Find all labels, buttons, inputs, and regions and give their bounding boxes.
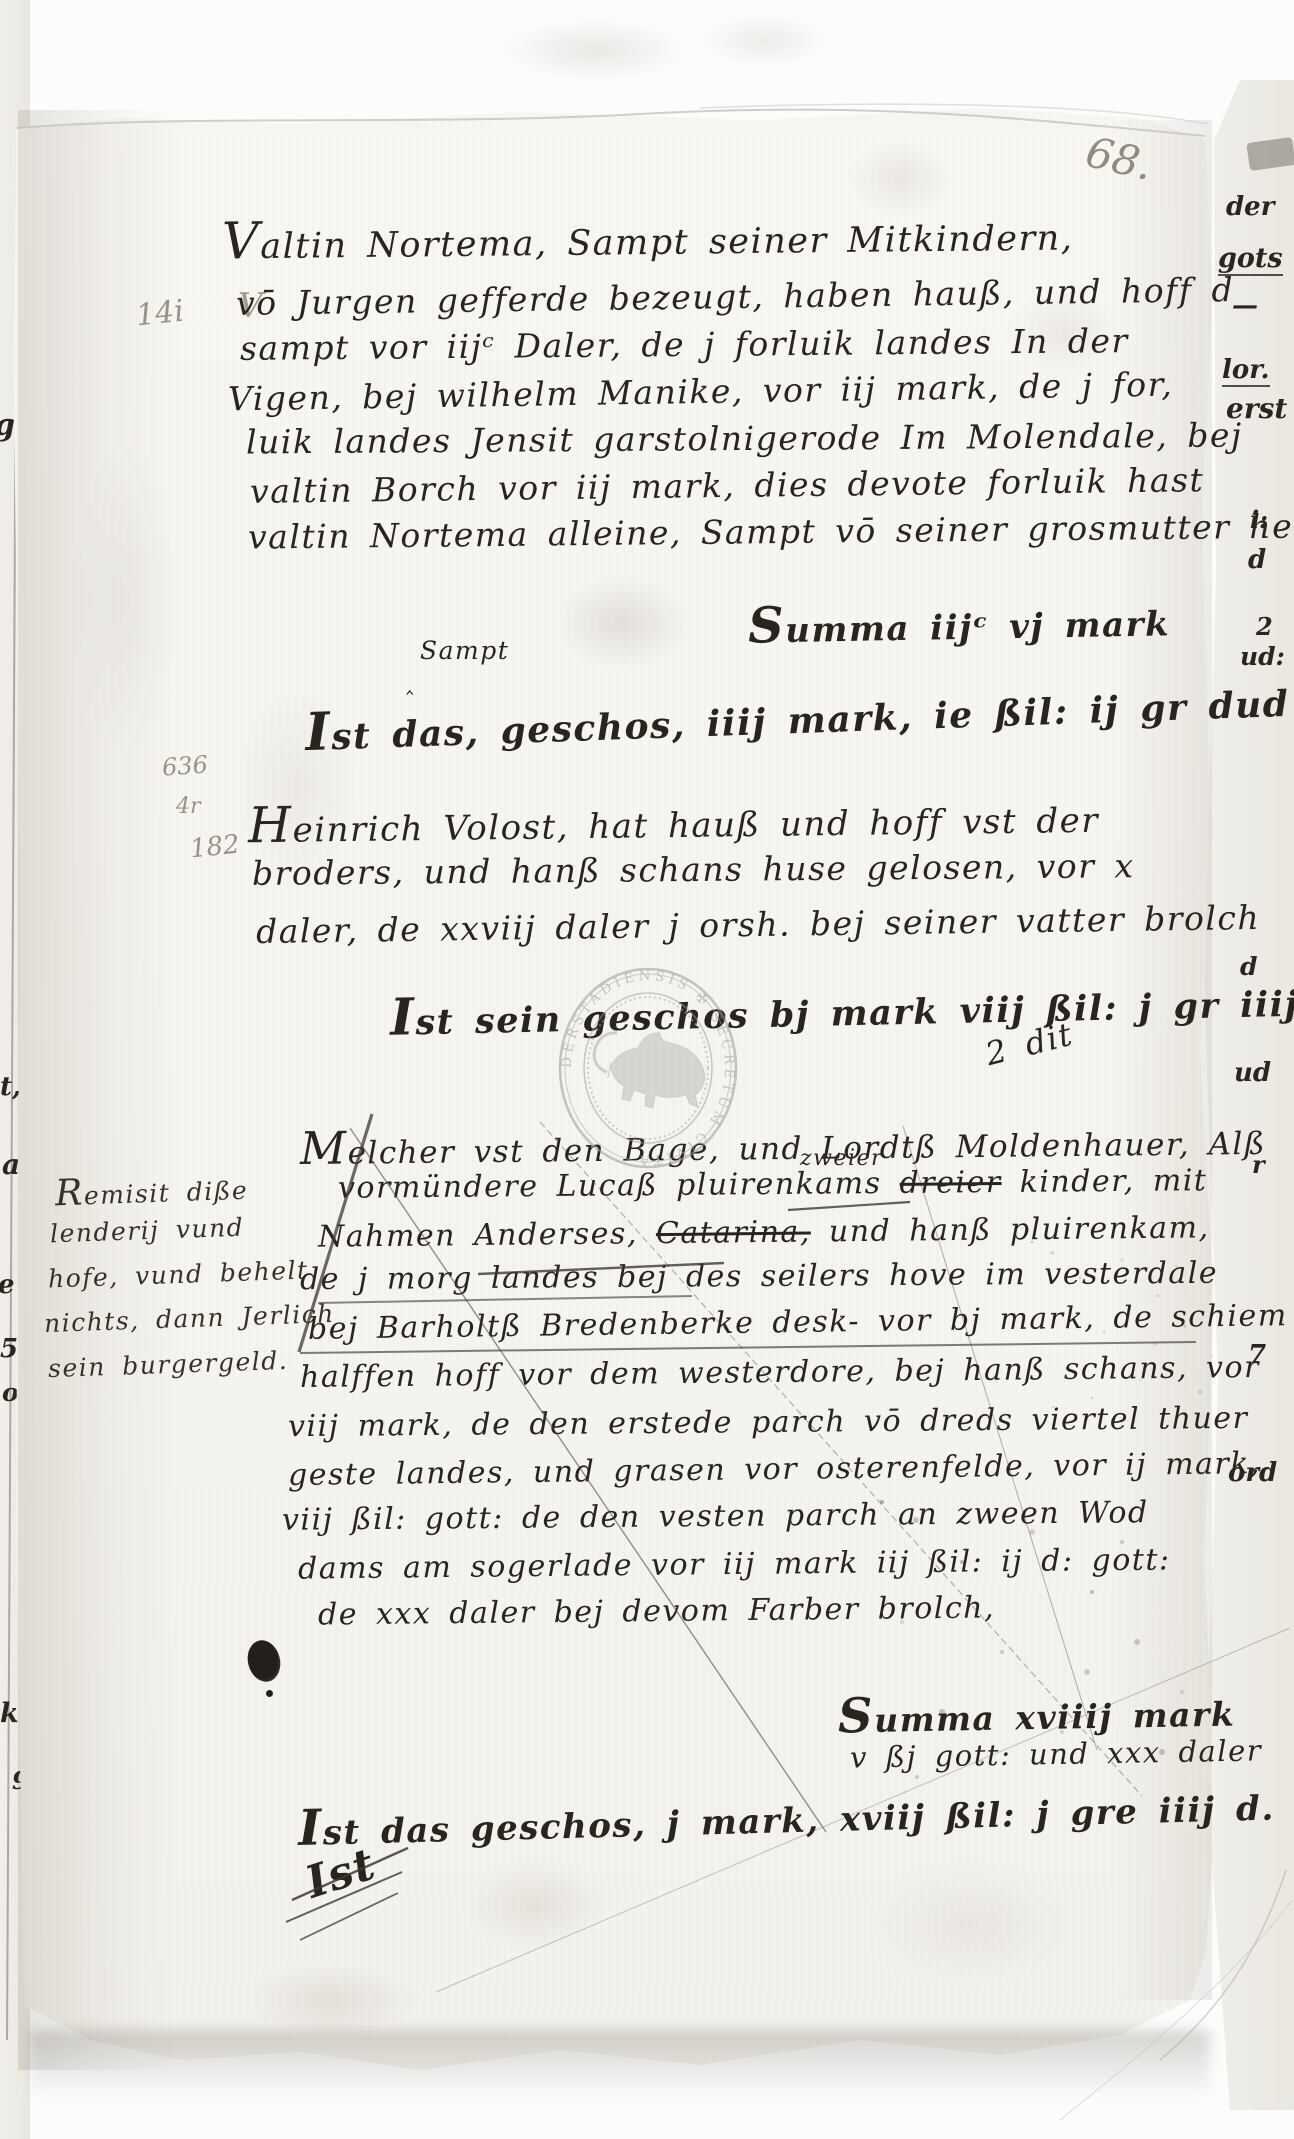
manuscript-scan: gt t, ap e 5, og k 9 68. 14i V 636 4r 18… (0, 0, 1294, 2139)
stain (500, 18, 690, 82)
entry3-line2-pre: vormündere Lucaß pluirenkams (338, 1166, 900, 1206)
right-edge-fragment: erst (1226, 392, 1287, 425)
entry3-line: viij mark, de den erstede parch vō dreds… (288, 1404, 1249, 1442)
entry2-line: broders, und hanß schans huse gelosen, v… (252, 849, 1135, 890)
right-edge-fragment: i: (1250, 505, 1268, 534)
right-edge-fragment: r (1252, 1150, 1265, 1179)
pencil-mark: 182 (189, 829, 242, 864)
entry3-line: dams am sogerlade vor iij mark iij ßil: … (298, 1545, 1171, 1584)
entry3-line: de j morg landes bej des seilers hove im… (300, 1259, 1218, 1295)
left-edge-fragment: t, (0, 1072, 21, 1102)
right-edge-fragment: — (1232, 291, 1258, 321)
right-edge-fragment: gots (1218, 243, 1283, 276)
right-edge-fragment: ud (1234, 1058, 1271, 1088)
entry3-summa-line2: v ßj gott: und xxx daler (850, 1736, 1263, 1772)
margin-note-line: lenderij vund (50, 1215, 245, 1247)
entry3-line2-post: kinder, mit (1001, 1163, 1207, 1200)
right-edge-fragment: lor. (1222, 355, 1270, 387)
ink-blot-satellite (266, 1690, 273, 1697)
entry1-line: valtin Nortema alleine, Sampt vō seiner … (248, 509, 1294, 553)
entry1-insert-word: Sampt (420, 638, 509, 663)
entry1-insert-caret: ‸ (406, 672, 415, 694)
right-edge-fragment: d (1248, 545, 1266, 575)
stain (700, 14, 830, 68)
entry3-line: viij ßil: gott: de den vesten parch an z… (282, 1498, 1149, 1536)
entry3-summa-line1: Summa xviiij mark (838, 1687, 1236, 1742)
entry2-line: Heinrich Volost, hat hauß und hoff vst d… (248, 791, 1099, 851)
entry3-line: de xxx daler bej devom Farber brolch, (318, 1593, 995, 1630)
entry1-summa: Summa iijᶜ vj mark (748, 594, 1171, 651)
entry3-line3-pre: Nahmen Anderses, (318, 1216, 656, 1255)
pencil-mark: 636 (161, 750, 209, 781)
entry1-line: sampt vor iijᶜ Daler, de j forluik lande… (240, 324, 1129, 365)
right-edge-fragment: 7 (1248, 1340, 1266, 1370)
margin-note-line: Remisit diße (54, 1169, 248, 1212)
entry3-line3-post: und hanß pluirenkam, (811, 1210, 1210, 1249)
right-edge-fragment: 2 (1256, 612, 1273, 641)
right-edge-fragment: d (1240, 952, 1257, 981)
entry1-line: luik landes Jensit garstolnigerode Im Mo… (246, 419, 1243, 459)
right-edge-fragment: der (1226, 192, 1274, 222)
entry3-struck-word: Catarina, (656, 1215, 811, 1252)
entry3-line: vormündere Lucaß pluirenkams dreier kind… (338, 1166, 1208, 1204)
entry3-insert-word: zweier (800, 1148, 883, 1170)
right-edge-fragment: ord (1228, 1458, 1277, 1488)
entry3-struck-word: dreier (899, 1165, 1001, 1201)
entry1-line: Valtin Nortema, Sampt seiner Mitkindern, (222, 208, 1074, 268)
right-edge-fragment: ud: (1240, 642, 1285, 671)
left-edge-fragment: e (0, 1270, 15, 1300)
pencil-mark: 14i (134, 294, 185, 334)
pencil-mark: 4r (176, 794, 201, 819)
left-edge-fragment: k (0, 1698, 19, 1729)
